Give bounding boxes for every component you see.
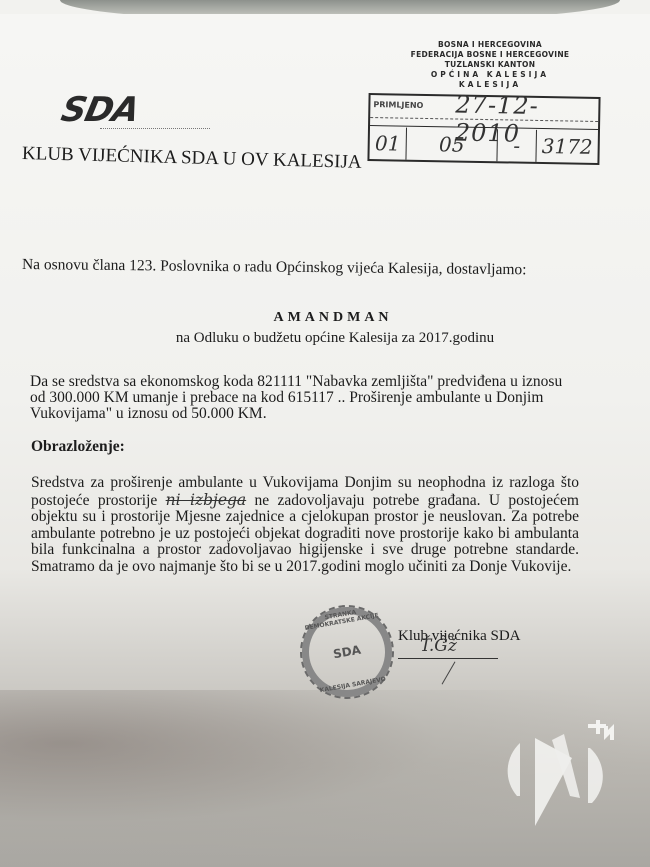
signature-handwriting: Ť.Ĝž <box>420 636 457 656</box>
stamp-line: KALESIJA <box>370 80 610 90</box>
registry-stamp-header: BOSNA I HERCEGOVINA FEDERACIJA BOSNE I H… <box>370 40 610 90</box>
stamp-line: BOSNA I HERCEGOVINA <box>370 40 610 50</box>
stamp-cell: - <box>497 129 537 162</box>
stamp-line: FEDERACIJA BOSNE I HERCEGOVINE <box>370 50 610 60</box>
received-label: PRIMLJENO <box>373 100 423 110</box>
stamp-number-row: 01 05 - 3172 <box>369 127 598 163</box>
signature-label: Klub vijećnika SDA <box>398 628 520 645</box>
stamp-line: TUZLANSKI KANTON <box>370 60 610 70</box>
stamp-cell: 01 <box>369 127 407 160</box>
amendment-subtitle: na Odluku o budžetu općine Kalesija za 2… <box>0 330 650 347</box>
justification-heading: Obrazloženje: <box>31 438 125 456</box>
logo-subtitle-line <box>100 128 210 131</box>
n1-logo-icon <box>492 718 632 828</box>
signature-line <box>398 658 498 659</box>
sda-logo: SDA <box>58 90 143 130</box>
seal-center-text: SDA <box>332 643 362 662</box>
stamp-cell: 05 <box>406 128 498 162</box>
amendment-body: Da se sredstva sa ekonomskog koda 821111… <box>30 374 570 422</box>
stamp-cell: 3172 <box>536 130 598 163</box>
amendment-title: AMANDMAN <box>0 310 650 326</box>
justification-body: Sredstva za proširenje ambulante u Vukov… <box>31 475 579 576</box>
stamp-line: OPĆINA KALESIJA <box>370 70 610 80</box>
registry-stamp-box: PRIMLJENO 27-12-2010 01 05 - 3172 <box>367 93 600 165</box>
handwritten-correction: ni izbjega <box>166 491 247 509</box>
